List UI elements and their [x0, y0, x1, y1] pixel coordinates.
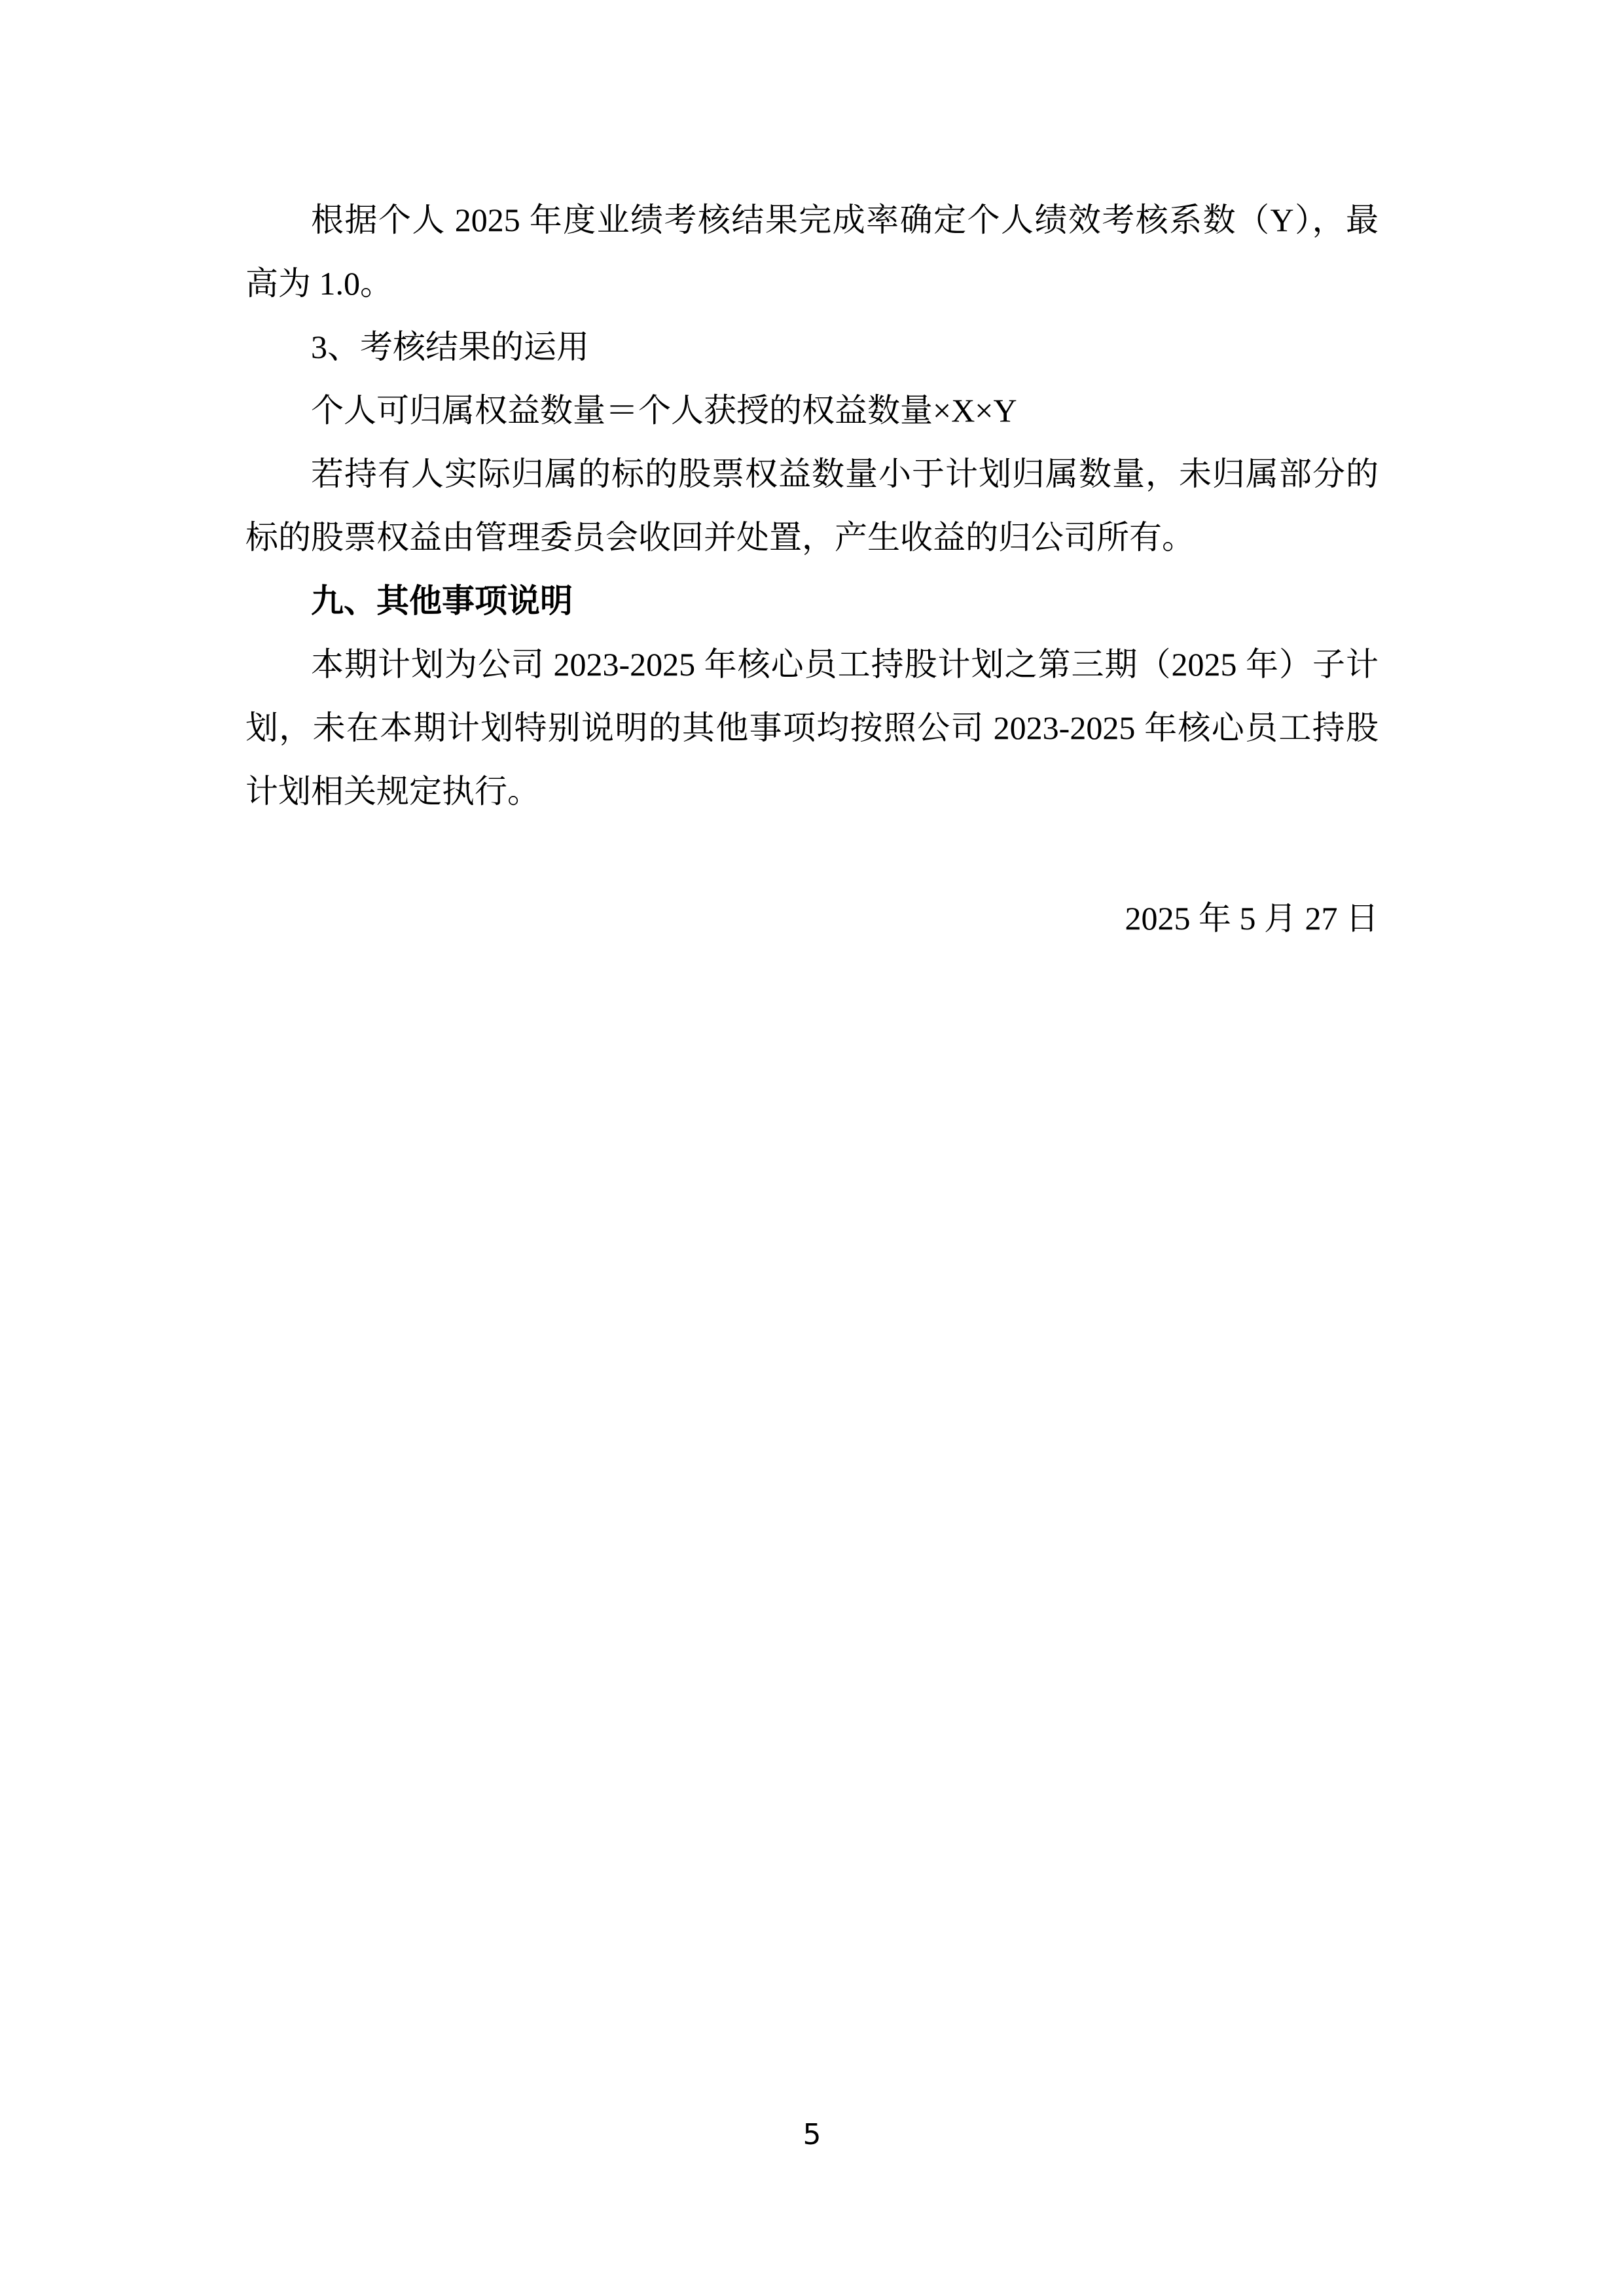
section-heading-other-matters: 九、其他事项说明 — [245, 569, 1379, 633]
paragraph-plan-scope-note: 本期计划为公司 2023-2025 年核心员工持股计划之第三期（2025 年）子… — [245, 633, 1379, 823]
paragraph-formula: 个人可归属权益数量＝个人获授的权益数量×X×Y — [245, 379, 1379, 442]
paragraph-unvested-equity-handling: 若持有人实际归属的标的股票权益数量小于计划归属数量，未归属部分的标的股票权益由管… — [245, 442, 1379, 569]
date-line: 2025 年 5 月 27 日 — [245, 887, 1379, 950]
document-body: 根据个人 2025 年度业绩考核结果完成率确定个人绩效考核系数（Y），最高为 1… — [245, 188, 1379, 950]
page-number: 5 — [0, 2119, 1624, 2151]
paragraph-performance-coefficient: 根据个人 2025 年度业绩考核结果完成率确定个人绩效考核系数（Y），最高为 1… — [245, 188, 1379, 315]
document-page: 根据个人 2025 年度业绩考核结果完成率确定个人绩效考核系数（Y），最高为 1… — [0, 0, 1624, 2296]
paragraph-subheading-assessment-result-usage: 3、考核结果的运用 — [245, 315, 1379, 379]
